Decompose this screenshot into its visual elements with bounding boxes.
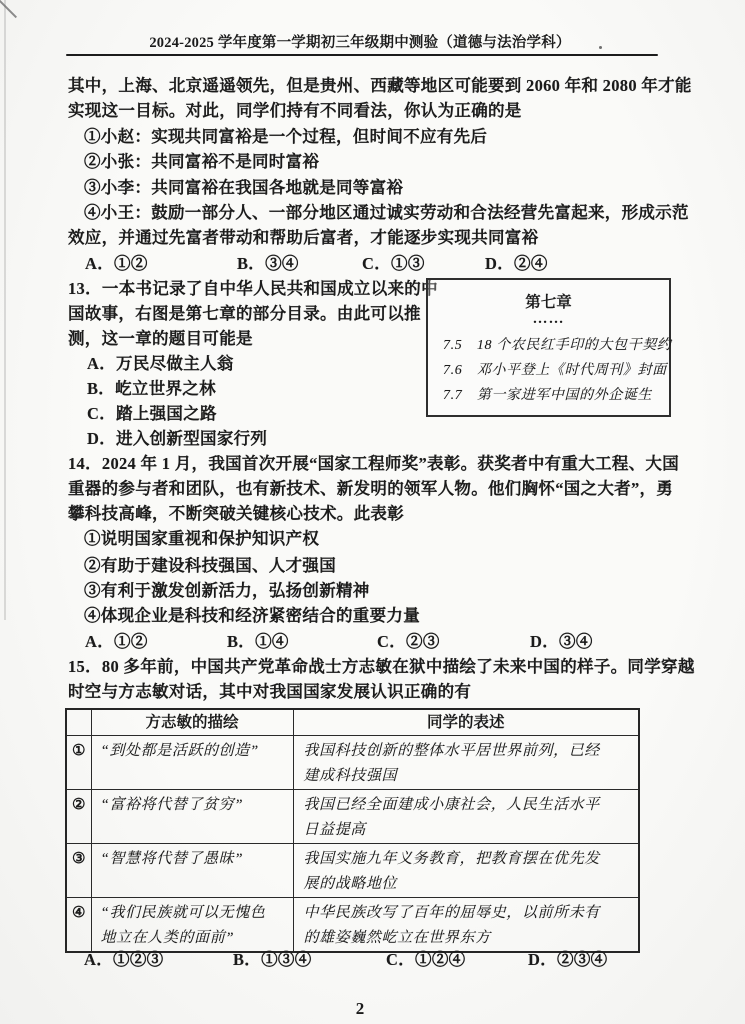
q13-option-a: A．万民尽做主人翁: [87, 354, 234, 374]
row-depict: “到处都是活跃的创造”: [91, 736, 293, 790]
q14-item-4: ④体现企业是科技和经济紧密结合的重要力量: [84, 606, 420, 626]
q12-option-a: A．①②: [85, 254, 148, 274]
chapter-entry-1: 7.5 18 个农民红手印的大包干契约: [443, 334, 671, 354]
row-depict: “智慧将代替了愚昧”: [91, 844, 293, 898]
q15-option-d: D．②③④: [528, 950, 607, 970]
q12-item-1: ①小赵：实现共同富裕是一个过程，但时间不应有先后: [84, 127, 487, 147]
scan-corner-mark: [0, 0, 17, 18]
q14-option-c: C．②③: [377, 632, 440, 652]
chapter-entry-2: 7.6 邓小平登上《时代周刊》封面: [443, 359, 667, 379]
header-rule: [66, 54, 658, 56]
chapter-ellipsis: ……: [428, 311, 669, 328]
q12-option-b: B．③④: [237, 254, 299, 274]
scan-edge-line: [4, 0, 6, 620]
q15-header-statement: 同学的表述: [293, 709, 639, 736]
q12-stem-line-2: 实现这一目标。对此，同学们持有不同看法，你认为正确的是: [68, 101, 522, 121]
q13-option-d: D．进入创新型国家行列: [87, 429, 267, 449]
q12-item-3: ③小李：共同富裕在我国各地就是同等富裕: [84, 178, 403, 198]
row-statement: 中华民族改写了百年的屈辱史，以前所未有的雄姿巍然屹立在世界东方: [293, 898, 639, 953]
table-row: ④ “我们民族就可以无愧色地立在人类的面前” 中华民族改写了百年的屈辱史，以前所…: [66, 898, 639, 953]
table-row: ② “富裕将代替了贫穷” 我国已经全面建成小康社会，人民生活水平日益提高: [66, 790, 639, 844]
q14-option-a: A．①②: [85, 632, 148, 652]
q14-stem-line-2: 重器的参与者和团队，也有新技术、新发明的领军人物。他们胸怀“国之大者”，勇: [68, 479, 673, 499]
page-number: 2: [300, 999, 420, 1019]
chapter-entry-3: 7.7 第一家进军中国的外企诞生: [443, 384, 652, 404]
q13-stem-line-2: 国故事，右图是第七章的部分目录。由此可以推: [68, 304, 421, 324]
q15-header-depict: 方志敏的描绘: [91, 709, 293, 736]
q15-option-c: C．①②④: [386, 950, 465, 970]
q14-item-3: ③有利于激发创新活力，弘扬创新精神: [84, 581, 370, 601]
q14-item-2: ②有助于建设科技强国、人才强国: [84, 556, 336, 576]
q14-item-1: ①说明国家重视和保护知识产权: [84, 529, 319, 549]
q14-option-d: D．③④: [530, 632, 593, 652]
q15-option-b: B．①③④: [233, 950, 312, 970]
q15-stem-line-1: 15．80 多年前，中国共产党革命战士方志敏在狱中描绘了未来中国的样子。同学穿越: [68, 657, 695, 677]
q14-option-b: B．①④: [227, 632, 289, 652]
chapter-title: 第七章: [428, 290, 669, 312]
exam-page: 2024-2025 学年度第一学期初三年级期中测验（道德与法治学科） 其中，上海…: [0, 0, 745, 1024]
row-statement: 我国科技创新的整体水平居世界前列，已经建成科技强国: [293, 736, 639, 790]
q15-option-a: A．①②③: [84, 950, 163, 970]
q13-option-c: C．踏上强国之路: [87, 404, 217, 424]
row-number: ④: [66, 898, 91, 953]
q15-table-header-row: 方志敏的描绘 同学的表述: [66, 709, 639, 736]
q14-stem-line-1: 14．2024 年 1 月，我国首次开展“国家工程师奖”表彰。获奖者中有重大工程…: [68, 454, 679, 474]
q12-option-d: D．②④: [485, 254, 548, 274]
row-number: ③: [66, 844, 91, 898]
table-row: ③ “智慧将代替了愚昧” 我国实施九年义务教育，把教育摆在优先发展的战略地位: [66, 844, 639, 898]
q12-item-4-line-1: ④小王：鼓励一部分人、一部分地区通过诚实劳动和合法经营先富起来，形成示范: [84, 203, 689, 223]
q15-stem-line-2: 时空与方志敏对话，其中对我国国家发展认识正确的有: [68, 682, 471, 702]
row-depict: “我们民族就可以无愧色地立在人类的面前”: [91, 898, 293, 953]
row-number: ①: [66, 736, 91, 790]
chapter-directory-box: 第七章 …… 7.5 18 个农民红手印的大包干契约 7.6 邓小平登上《时代周…: [426, 278, 671, 417]
row-statement: 我国实施九年义务教育，把教育摆在优先发展的战略地位: [293, 844, 639, 898]
q12-item-4-line-2: 效应，并通过先富者带动和帮助后富者，才能逐步实现共同富裕: [68, 228, 538, 248]
row-statement: 我国已经全面建成小康社会，人民生活水平日益提高: [293, 790, 639, 844]
q15-header-blank: [66, 709, 91, 736]
row-number: ②: [66, 790, 91, 844]
q14-stem-line-3: 攀科技高峰，不断突破关键核心技术。此表彰: [68, 504, 404, 524]
page-title: 2024-2025 学年度第一学期初三年级期中测验（道德与法治学科）: [0, 31, 720, 52]
q12-option-c: C．①③: [362, 254, 425, 274]
table-row: ① “到处都是活跃的创造” 我国科技创新的整体水平居世界前列，已经建成科技强国: [66, 736, 639, 790]
q13-option-b: B．屹立世界之林: [87, 379, 216, 399]
q13-stem-line-1: 13．一本书记录了自中华人民共和国成立以来的中: [68, 279, 438, 299]
q12-stem-line-1: 其中，上海、北京遥遥领先，但是贵州、西藏等地区可能要到 2060 年和 2080…: [68, 76, 692, 96]
q12-item-2: ②小张：共同富裕不是同时富裕: [84, 152, 319, 172]
q13-stem-line-3: 测，这一章的题目可能是: [68, 329, 253, 349]
q15-table: 方志敏的描绘 同学的表述 ① “到处都是活跃的创造” 我国科技创新的整体水平居世…: [65, 708, 640, 953]
row-depict: “富裕将代替了贫穷”: [91, 790, 293, 844]
